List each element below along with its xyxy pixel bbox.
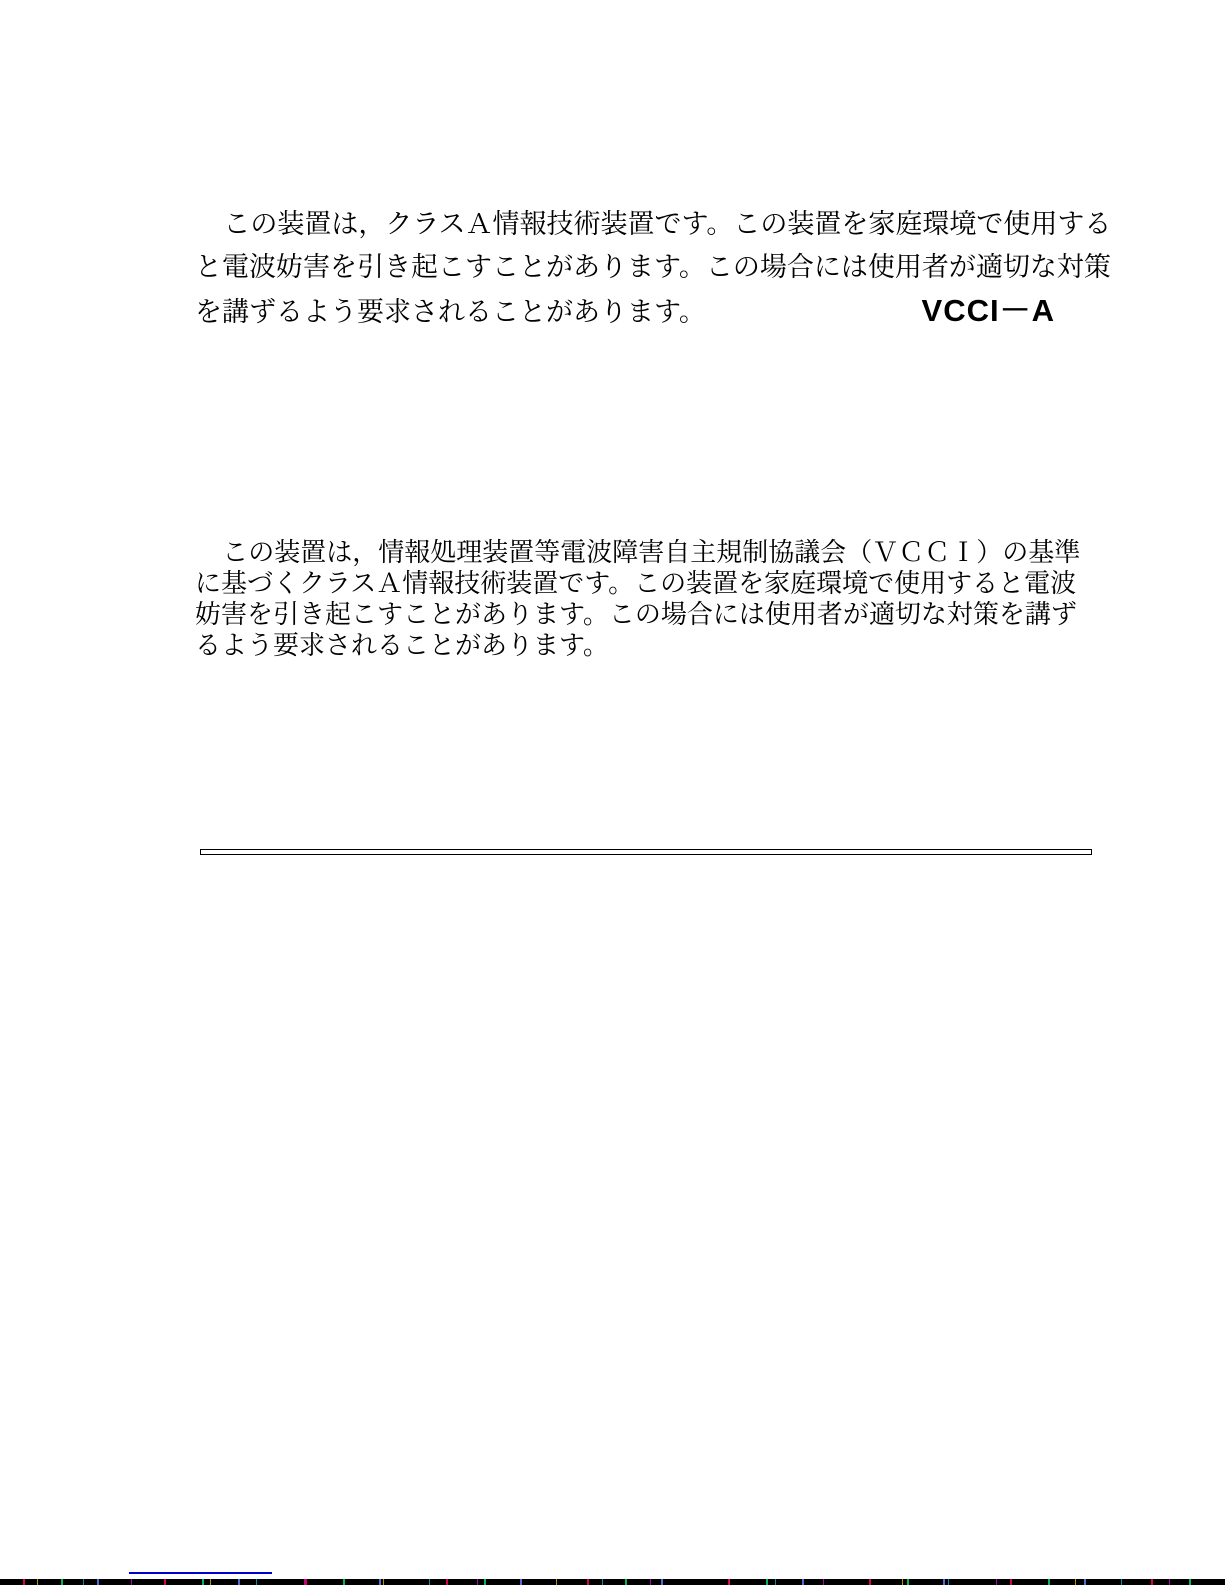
section-divider-rule (200, 849, 1092, 855)
footer-link-underline[interactable] (129, 1572, 272, 1574)
notice2-line-1: この装置は，情報処理装置等電波障害自主規制協議会（ＶＣＣＩ）の基準 (195, 538, 1055, 569)
notice1-line-3: を講ずるよう要求されることがあります。 (195, 291, 706, 334)
notice1-last-row: を講ずるよう要求されることがあります。 VCCI－A (195, 289, 1055, 334)
notice2-line-3: 妨害を引き起こすことがあります。この場合には使用者が適切な対策を講ず (195, 600, 1055, 631)
notice2-line-4: るよう要求されることがあります。 (195, 631, 1055, 662)
vcci-council-class-a-notice: この装置は，情報処理装置等電波障害自主規制協議会（ＶＣＣＩ）の基準 に基づくクラ… (195, 538, 1055, 662)
vcci-a-mark: VCCI－A (922, 289, 1055, 332)
notice1-line-2: と電波妨害を引き起こすことがあります。この場合には使用者が適切な対策 (195, 246, 1055, 289)
page-bottom-noise-strip (0, 1579, 1225, 1585)
notice2-line-2: に基づくクラスＡ情報技術装置です。この装置を家庭環境で使用すると電波 (195, 569, 1055, 600)
notice1-line-1: この装置は，クラスＡ情報技術装置です。この装置を家庭環境で使用する (195, 203, 1055, 246)
vcci-class-a-short-notice: この装置は，クラスＡ情報技術装置です。この装置を家庭環境で使用する と電波妨害を… (195, 203, 1055, 334)
